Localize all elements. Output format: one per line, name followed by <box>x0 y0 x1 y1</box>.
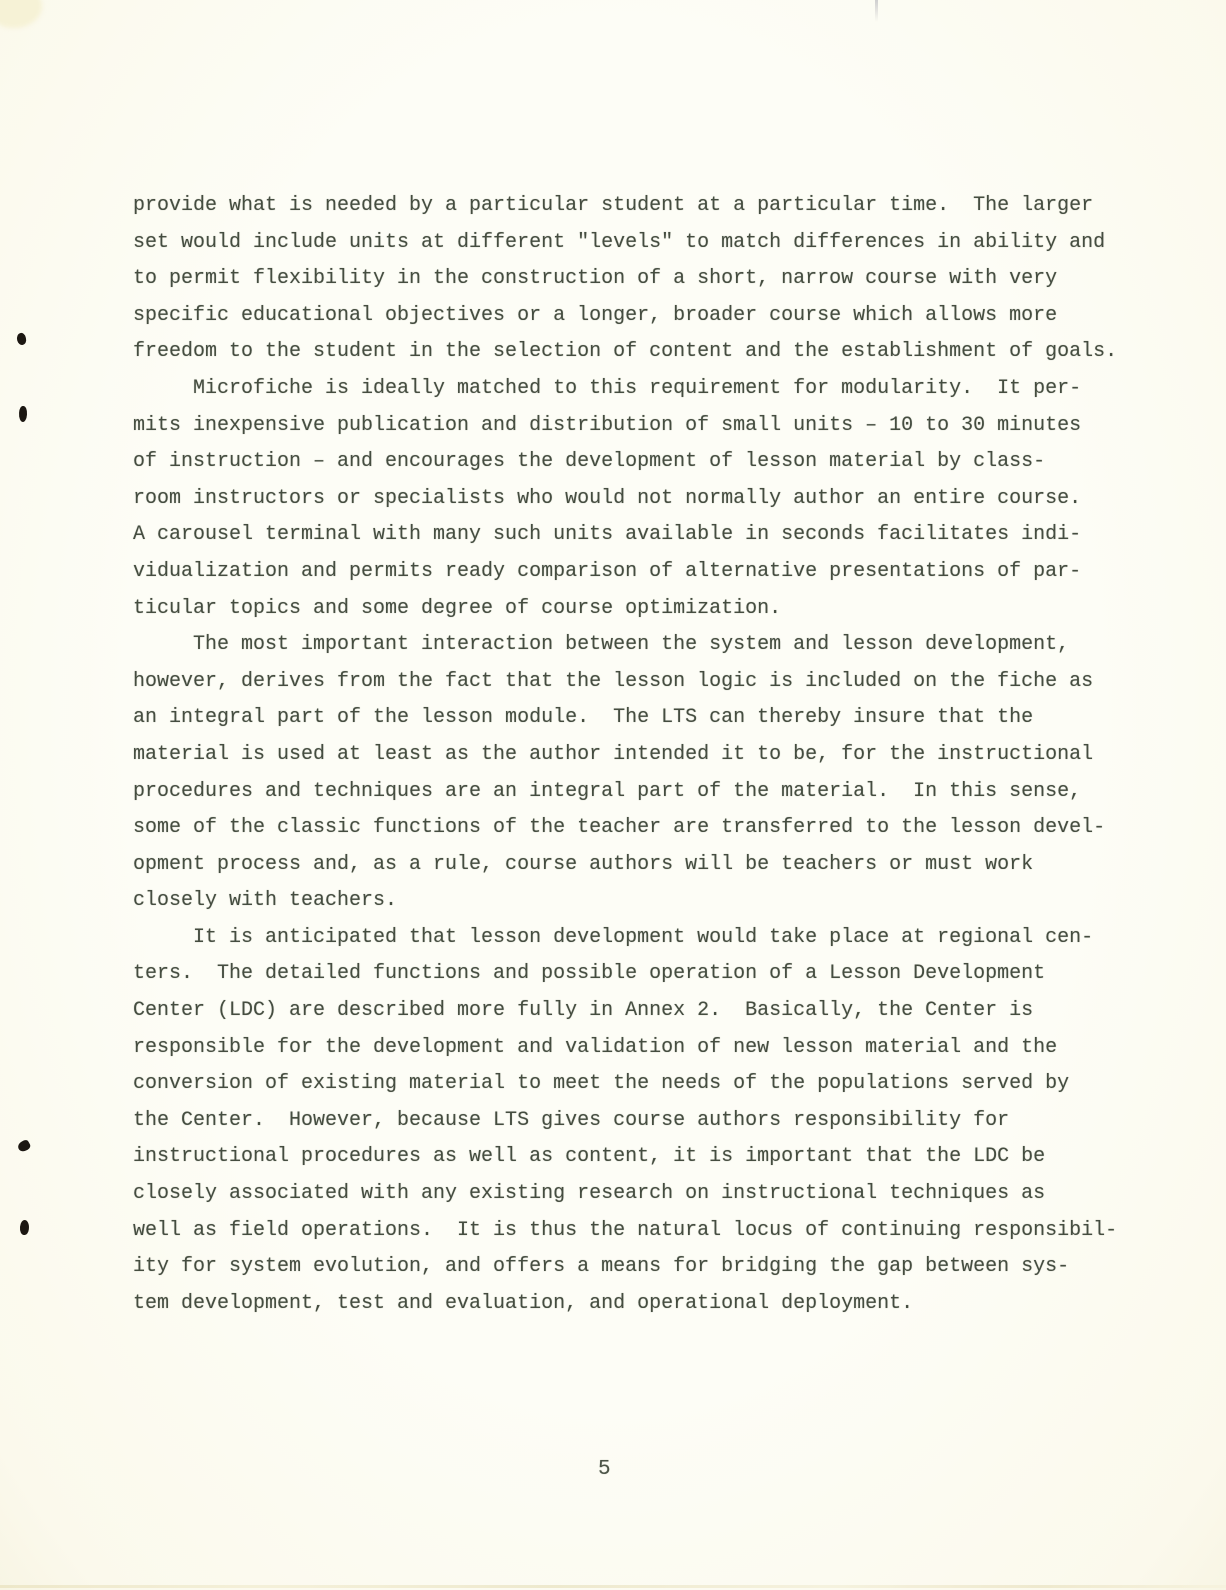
text-line: set would include units at different "le… <box>133 225 1143 262</box>
text-line: instructional procedures as well as cont… <box>133 1139 1143 1176</box>
text-line: however, derives from the fact that the … <box>133 664 1143 701</box>
text-line: well as field operations. It is thus the… <box>133 1213 1143 1250</box>
text-line: closely associated with any existing res… <box>133 1176 1143 1213</box>
text-line: room instructors or specialists who woul… <box>133 481 1143 518</box>
text-line: provide what is needed by a particular s… <box>133 188 1143 225</box>
text-line: the Center. However, because LTS gives c… <box>133 1103 1143 1140</box>
text-line: material is used at least as the author … <box>133 737 1143 774</box>
text-line: A carousel terminal with many such units… <box>133 517 1143 554</box>
text-line: Center (LDC) are described more fully in… <box>133 993 1143 1030</box>
text-line: Microfiche is ideally matched to this re… <box>133 371 1143 408</box>
scan-edge-line <box>875 0 878 22</box>
text-line: vidualization and permits ready comparis… <box>133 554 1143 591</box>
text-line: tem development, test and evaluation, an… <box>133 1286 1143 1323</box>
text-line: It is anticipated that lesson developmen… <box>133 920 1143 957</box>
ink-mark <box>16 332 28 346</box>
text-line: some of the classic functions of the tea… <box>133 810 1143 847</box>
text-line: responsible for the development and vali… <box>133 1030 1143 1067</box>
scan-bottom-edge <box>0 1585 1226 1588</box>
page-number: 5 <box>598 1458 611 1481</box>
ink-mark <box>18 406 27 423</box>
text-line: specific educational objectives or a lon… <box>133 298 1143 335</box>
text-line: freedom to the student in the selection … <box>133 334 1143 371</box>
text-line: ticular topics and some degree of course… <box>133 591 1143 628</box>
document-page: provide what is needed by a particular s… <box>0 0 1226 1590</box>
ink-mark <box>19 1220 30 1236</box>
text-line: closely with teachers. <box>133 883 1143 920</box>
text-line: mits inexpensive publication and distrib… <box>133 408 1143 445</box>
text-line: The most important interaction between t… <box>133 627 1143 664</box>
ink-mark <box>16 1139 31 1153</box>
text-line: ity for system evolution, and offers a m… <box>133 1249 1143 1286</box>
text-line: of instruction – and encourages the deve… <box>133 444 1143 481</box>
text-line: an integral part of the lesson module. T… <box>133 700 1143 737</box>
text-line: ters. The detailed functions and possibl… <box>133 956 1143 993</box>
text-line: procedures and techniques are an integra… <box>133 774 1143 811</box>
scan-corner-smudge <box>0 0 42 28</box>
text-line: conversion of existing material to meet … <box>133 1066 1143 1103</box>
text-line: opment process and, as a rule, course au… <box>133 847 1143 884</box>
body-text: provide what is needed by a particular s… <box>133 188 1143 1322</box>
text-line: to permit flexibility in the constructio… <box>133 261 1143 298</box>
